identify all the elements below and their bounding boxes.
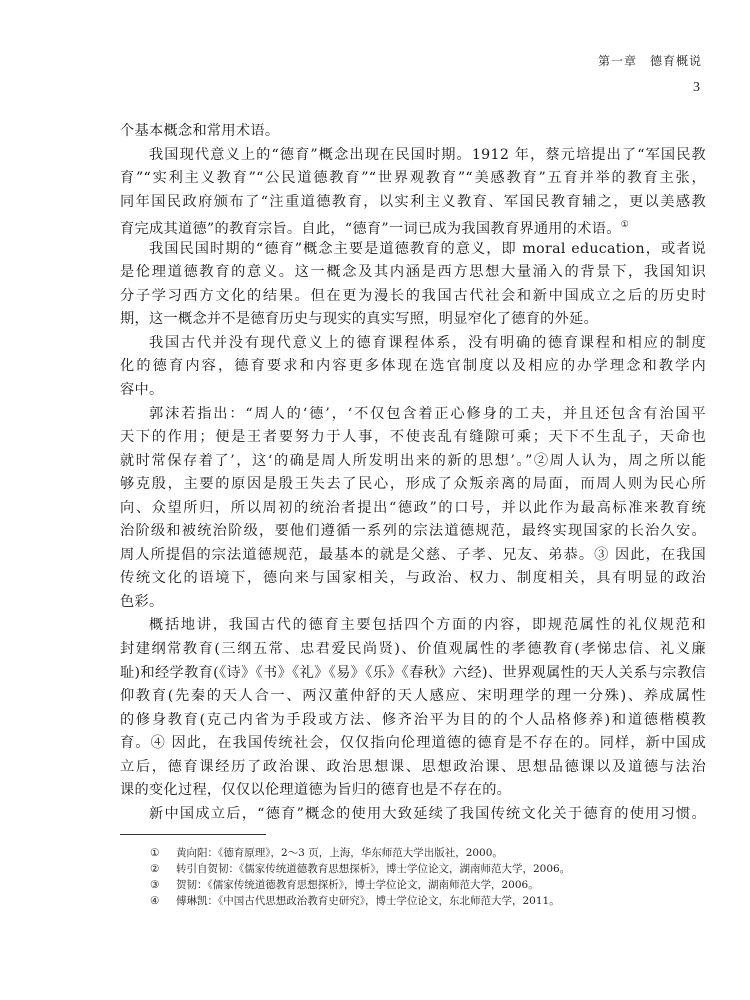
text-line: 够克殷，主要的原因是殷王失去了民心，形成了众叛亲离的局面，而周人则为民心所: [120, 473, 706, 497]
text-line-content: 就时常保存着了’，这‘的确是周人所发明出来的新的思想’。”②周人认为，周之所以能: [120, 453, 706, 469]
footnote-marker: ③: [150, 877, 176, 893]
text-line-content: 仰教育(先秦的天人合一、两汉董仲舒的天人感应、宋明理学的理一分殊)、养成属性: [120, 688, 706, 704]
footnote-item: ①黄向阳：《德育原理》，2～3 页，上海，华东师范大学出版社，2000。: [150, 845, 670, 861]
footnote-ref[interactable]: ①: [621, 220, 629, 230]
text-line-content: 概括地讲，我国古代的德育主要包括四个方面的内容，即规范属性的礼仪规范和: [149, 617, 706, 633]
text-line-content: 立后，德育课经历了政治课、政治思想课、思想政治课、思想品德课以及道德与法治: [120, 759, 706, 775]
text-line: 是伦理道德教育的意义。这一概念及其内涵是西方思想大量涌入的背景下，我国知识: [120, 261, 706, 285]
text-line-content: 育”“实利主义教育”“公民道德教育”“世界观教育”“美感教育”五育并举的教育主张…: [120, 170, 706, 186]
text-line-content: 新中国成立后，“德育”概念的使用大致延续了我国传统文化关于德育的使用习惯。: [149, 806, 706, 822]
text-line: 化的德育内容，德育要求和内容更多体现在选官制度以及相应的办学理念和教学内: [120, 355, 706, 379]
text-line: 育。④ 因此，在我国传统社会，仅仅指向伦理道德的德育是不存在的。同样，新中国成: [120, 732, 706, 756]
text-line: 同年国民政府颁布了“注重道德教育，以实利主义教育、军国民教育辅之，更以美感教: [120, 191, 706, 215]
footnote-marker: ④: [150, 893, 176, 909]
text-line-content: 是伦理道德教育的意义。这一概念及其内涵是西方思想大量涌入的背景下，我国知识: [120, 264, 706, 280]
text-line: 天下的作用；便是王者要努力于人事，不使丧乱有缝隙可乘；天下不生乱子，天命也: [120, 426, 706, 450]
text-line: 就时常保存着了’，这‘的确是周人所发明出来的新的思想’。”②周人认为，周之所以能: [120, 450, 706, 474]
text-line: 概括地讲，我国古代的德育主要包括四个方面的内容，即规范属性的礼仪规范和: [120, 614, 706, 638]
text-line: 育完成其道德”的教育宗旨。自此，“德育”一词已成为我国教育界通用的术语。①: [120, 214, 706, 238]
text-line: 的修身教育(克己内省为手段或方法、修齐治平为目的的个人品格修养)和道德楷模教: [120, 709, 706, 733]
text-line-content: 的修身教育(克己内省为手段或方法、修齐治平为目的的个人品格修养)和道德楷模教: [120, 712, 706, 728]
text-line-content: 周人所提倡的宗法道德规范，最基本的就是父慈、子孝、兄友、弟恭。③ 因此，在我国: [120, 547, 706, 563]
footnotes: ①黄向阳：《德育原理》，2～3 页，上海，华东师范大学出版社，2000。②转引自…: [150, 845, 670, 909]
text-line-content: 个基本概念和常用术语。: [120, 123, 279, 139]
text-line: 个基本概念和常用术语。: [120, 120, 706, 144]
text-line-content: 天下的作用；便是王者要努力于人事，不使丧乱有缝隙可乘；天下不生乱子，天命也: [120, 429, 706, 445]
text-line: 传统文化的语境下，德向来与国家相关，与政治、权力、制度相关，具有明显的政治: [120, 567, 706, 591]
text-line-content: 治阶级和被统治阶级，要他们遵循一系列的宗法道德规范，最终实现国家的长治久安。: [120, 523, 706, 539]
footnote-item: ③贺韧：《儒家传统道德教育思想探析》，博士学位论文，湖南师范大学，2006。: [150, 877, 670, 893]
text-line-content: 郭沫若指出：“周人的‘德’，‘不仅包含着正心修身的工夫，并且还包含有治国平: [149, 406, 706, 422]
text-line-content: 我国民国时期的“德育”概念主要是道德教育的意义，即 moral educatio…: [149, 241, 706, 257]
text-line-content: 育完成其道德”的教育宗旨。自此，“德育”一词已成为我国教育界通用的术语。: [120, 221, 621, 237]
text-line-content: 我国现代意义上的“德育”概念出现在民国时期。1912 年，蔡元培提出了“军国民教: [149, 147, 706, 163]
text-line: 新中国成立后，“德育”概念的使用大致延续了我国传统文化关于德育的使用习惯。: [120, 803, 706, 827]
text-line-content: 课的变化过程，仅仅以伦理道德为旨归的德育也是不存在的。: [120, 782, 511, 798]
running-head: 第一章 德育概说: [598, 52, 702, 69]
text-line-content: 化的德育内容，德育要求和内容更多体现在选官制度以及相应的办学理念和教学内: [120, 358, 706, 374]
text-line-content: 育。④ 因此，在我国传统社会，仅仅指向伦理道德的德育是不存在的。同样，新中国成: [120, 735, 706, 751]
footnote-text: 贺韧：《儒家传统道德教育思想探析》，博士学位论文，湖南师范大学，2006。: [176, 879, 539, 891]
text-line-content: 我国古代并没有现代意义上的德育课程体系，没有明确的德育课程和相应的制度: [149, 335, 706, 351]
footnote-marker: ①: [150, 845, 176, 861]
text-line: 仰教育(先秦的天人合一、两汉董仲舒的天人感应、宋明理学的理一分殊)、养成属性: [120, 685, 706, 709]
text-line: 封建纲常教育(三纲五常、忠君爱民尚贤)、价值观属性的孝德教育(孝悌忠信、礼义廉: [120, 638, 706, 662]
text-line: 立后，德育课经历了政治课、政治思想课、思想政治课、思想品德课以及道德与法治: [120, 756, 706, 780]
text-line: 育”“实利主义教育”“公民道德教育”“世界观教育”“美感教育”五育并举的教育主张…: [120, 167, 706, 191]
text-line: 治阶级和被统治阶级，要他们遵循一系列的宗法道德规范，最终实现国家的长治久安。: [120, 520, 706, 544]
text-line-content: 分子学习西方文化的结果。但在更为漫长的我国古代社会和新中国成立之后的历史时: [120, 288, 706, 304]
text-line-content: 传统文化的语境下，德向来与国家相关，与政治、权力、制度相关，具有明显的政治: [120, 570, 706, 586]
text-line-content: 够克殷，主要的原因是殷王失去了民心，形成了众叛亲离的局面，而周人则为民心所: [120, 476, 706, 492]
footnote-marker: ②: [150, 861, 176, 877]
text-line-content: 封建纲常教育(三纲五常、忠君爱民尚贤)、价值观属性的孝德教育(孝悌忠信、礼义廉: [120, 641, 706, 657]
text-line: 课的变化过程，仅仅以伦理道德为旨归的德育也是不存在的。: [120, 779, 706, 803]
footnote-divider: [120, 834, 266, 835]
text-line: 周人所提倡的宗法道德规范，最基本的就是父慈、子孝、兄友、弟恭。③ 因此，在我国: [120, 544, 706, 568]
text-line-content: 向、众望所归，所以周初的统治者提出“德政”的口号，并以此作为最高标准来教育统: [120, 500, 706, 516]
footnote-text: 傅琳凯：《中国古代思想政治教育史研究》，博士学位论文，东北师范大学，2011。: [176, 895, 560, 907]
text-line: 郭沫若指出：“周人的‘德’，‘不仅包含着正心修身的工夫，并且还包含有治国平: [120, 403, 706, 427]
text-line-content: 色彩。: [120, 594, 163, 610]
text-line: 期，这一概念并不是德育历史与现实的真实写照，明显窄化了德育的外延。: [120, 308, 706, 332]
footnote-item: ④傅琳凯：《中国古代思想政治教育史研究》，博士学位论文，东北师范大学，2011。: [150, 893, 670, 909]
text-line: 向、众望所归，所以周初的统治者提出“德政”的口号，并以此作为最高标准来教育统: [120, 497, 706, 521]
text-line: 我国民国时期的“德育”概念主要是道德教育的意义，即 moral educatio…: [120, 238, 706, 262]
text-line-content: 耻)和经学教育(《诗》《书》《礼》《易》《乐》《春秋》六经)、世界观属性的天人关…: [120, 665, 706, 681]
text-line-content: 同年国民政府颁布了“注重道德教育，以实利主义教育、军国民教育辅之，更以美感教: [120, 194, 706, 210]
body-text: 个基本概念和常用术语。我国现代意义上的“德育”概念出现在民国时期。1912 年，…: [120, 120, 706, 826]
text-line: 容中。: [120, 379, 706, 403]
text-line: 我国古代并没有现代意义上的德育课程体系，没有明确的德育课程和相应的制度: [120, 332, 706, 356]
page-number: 3: [693, 80, 700, 96]
footnote-text: 黄向阳：《德育原理》，2～3 页，上海，华东师范大学出版社，2000。: [176, 847, 503, 859]
footnote-text: 转引自贺韧：《儒家传统道德教育思想探析》，博士学位论文，湖南师范大学，2006。: [176, 863, 570, 875]
text-line-content: 容中。: [120, 382, 163, 398]
text-line: 我国现代意义上的“德育”概念出现在民国时期。1912 年，蔡元培提出了“军国民教: [120, 144, 706, 168]
text-line: 色彩。: [120, 591, 706, 615]
text-line: 耻)和经学教育(《诗》《书》《礼》《易》《乐》《春秋》六经)、世界观属性的天人关…: [120, 662, 706, 686]
footnote-item: ②转引自贺韧：《儒家传统道德教育思想探析》，博士学位论文，湖南师范大学，2006…: [150, 861, 670, 877]
text-line-content: 期，这一概念并不是德育历史与现实的真实写照，明显窄化了德育的外延。: [120, 311, 598, 327]
text-line: 分子学习西方文化的结果。但在更为漫长的我国古代社会和新中国成立之后的历史时: [120, 285, 706, 309]
